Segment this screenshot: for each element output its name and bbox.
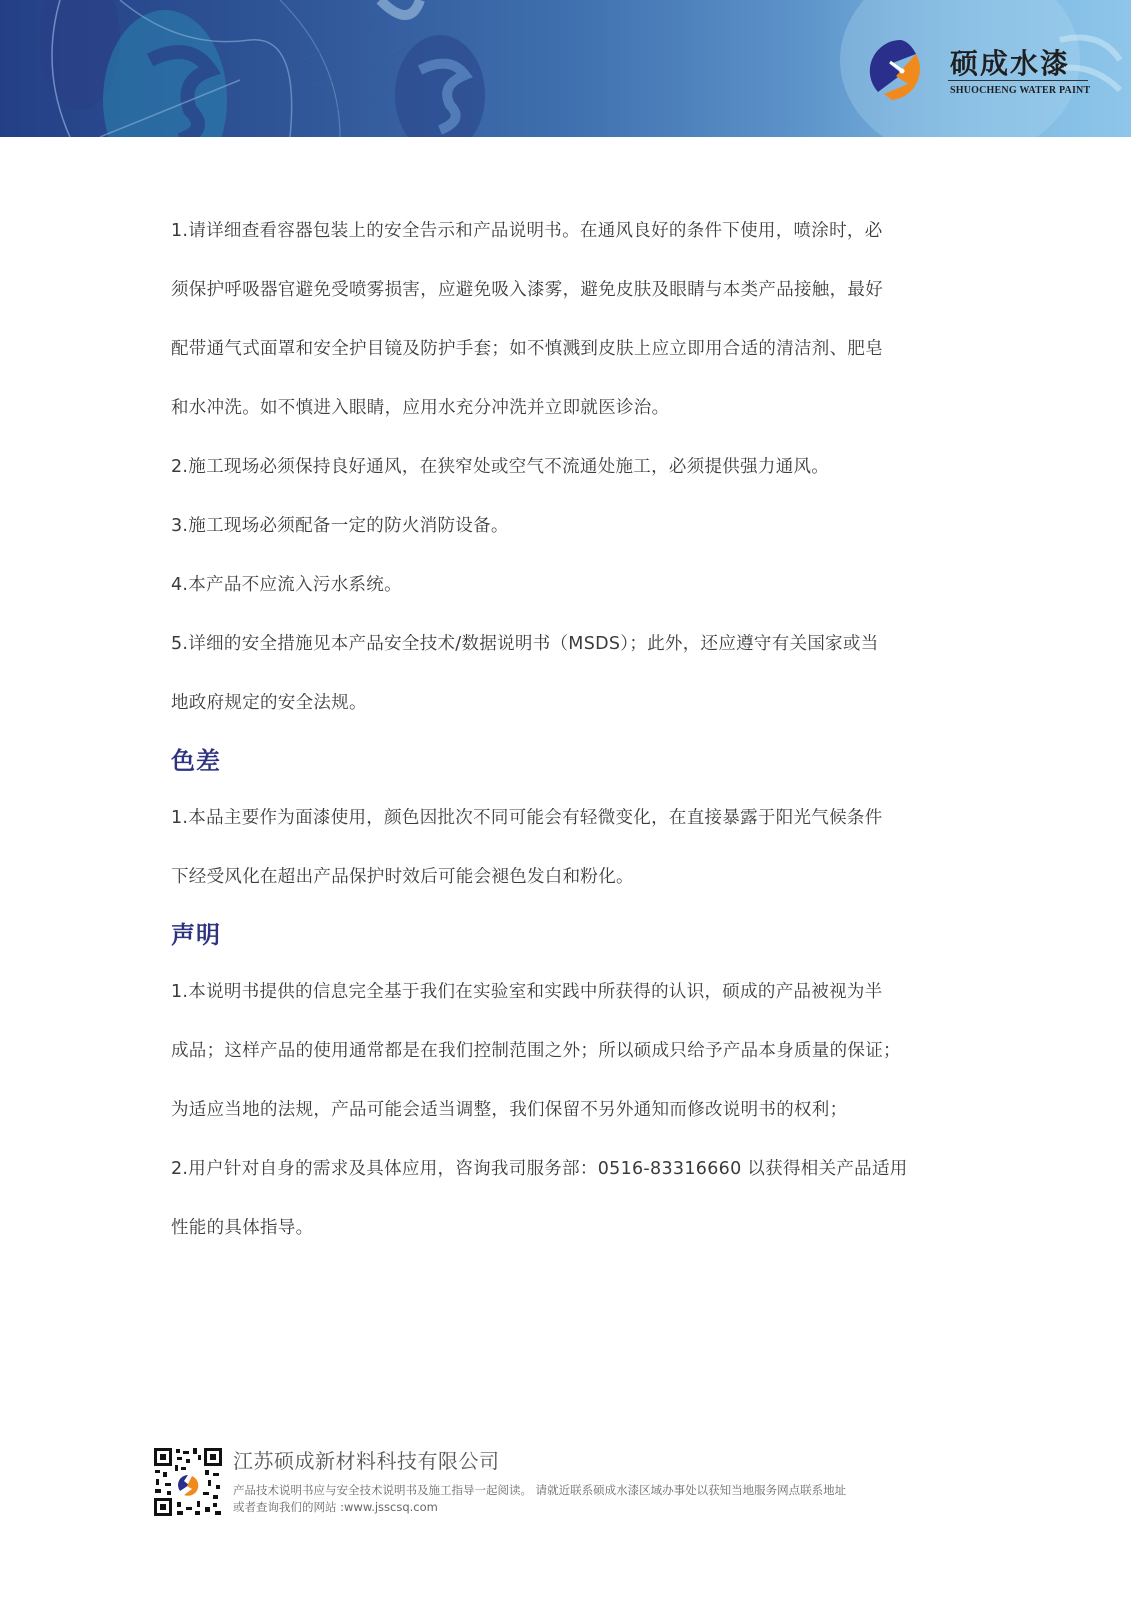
statement-line: 2.用户针对自身的需求及具体应用，咨询我司服务部：0516-83316660 以… bbox=[171, 1140, 961, 1199]
brand-name-cn: 硕成水漆 bbox=[950, 42, 1070, 82]
safety-line: 和水冲洗。如不慎进入眼睛，应用水充分冲洗并立即就医诊治。 bbox=[171, 379, 961, 438]
qr-code-icon bbox=[153, 1447, 223, 1517]
statement-line: 性能的具体指导。 bbox=[171, 1199, 961, 1258]
statement-section: 声明 1.本说明书提供的信息完全基于我们在实验室和实践中所获得的认识，硕成的产品… bbox=[171, 907, 961, 1258]
safety-line: 3.施工现场必须配备一定的防火消防设备。 bbox=[171, 497, 961, 556]
safety-line: 2.施工现场必须保持良好通风，在狭窄处或空气不流通处施工，必须提供强力通风。 bbox=[171, 438, 961, 497]
footer: 江苏硕成新材料科技有限公司 产品技术说明书应与安全技术说明书及施工指导一起阅读。… bbox=[153, 1445, 953, 1525]
safety-line: 须保护呼吸器官避免受喷雾损害，应避免吸入漆雾，避免皮肤及眼睛与本类产品接触，最好 bbox=[171, 261, 961, 320]
safety-line: 4.本产品不应流入污水系统。 bbox=[171, 556, 961, 615]
company-name: 江苏硕成新材料科技有限公司 bbox=[233, 1445, 500, 1474]
header-banner: 硕成水漆 SHUOCHENG WATER PAINT bbox=[0, 0, 1131, 137]
safety-section: 1.请详细查看容器包装上的安全告示和产品说明书。在通风良好的条件下使用，喷涂时，… bbox=[171, 202, 961, 733]
safety-line: 地政府规定的安全法规。 bbox=[171, 674, 961, 733]
footer-note-line1: 产品技术说明书应与安全技术说明书及施工指导一起阅读。 请就近联系硕成水漆区域办事… bbox=[233, 1482, 846, 1498]
color-difference-line: 1.本品主要作为面漆使用，颜色因批次不同可能会有轻微变化，在直接暴露于阳光气候条… bbox=[171, 789, 961, 848]
safety-line: 配带通气式面罩和安全护目镜及防护手套；如不慎溅到皮肤上应立即用合适的清洁剂、肥皂 bbox=[171, 320, 961, 379]
footer-note-website: 或者查询我们的网站 :www.jsscsq.com bbox=[233, 1499, 438, 1515]
color-difference-section: 色差 1.本品主要作为面漆使用，颜色因批次不同可能会有轻微变化，在直接暴露于阳光… bbox=[171, 733, 961, 907]
brand-divider bbox=[948, 80, 1088, 81]
section-title-color-difference: 色差 bbox=[171, 733, 961, 789]
document-body: 1.请详细查看容器包装上的安全告示和产品说明书。在通风良好的条件下使用，喷涂时，… bbox=[171, 202, 961, 1258]
statement-line: 成品；这样产品的使用通常都是在我们控制范围之外；所以硕成只给予产品本身质量的保证… bbox=[171, 1022, 961, 1081]
statement-line: 为适应当地的法规，产品可能会适当调整，我们保留不另外通知而修改说明书的权利； bbox=[171, 1081, 961, 1140]
statement-line: 1.本说明书提供的信息完全基于我们在实验室和实践中所获得的认识，硕成的产品被视为… bbox=[171, 963, 961, 1022]
safety-line: 1.请详细查看容器包装上的安全告示和产品说明书。在通风良好的条件下使用，喷涂时，… bbox=[171, 202, 961, 261]
brand-name-en: SHUOCHENG WATER PAINT bbox=[950, 85, 1090, 96]
shuocheng-s-logo-icon bbox=[868, 38, 934, 104]
brand-logo: 硕成水漆 SHUOCHENG WATER PAINT bbox=[868, 38, 1088, 108]
section-title-statement: 声明 bbox=[171, 907, 961, 963]
color-difference-line: 下经受风化在超出产品保护时效后可能会褪色发白和粉化。 bbox=[171, 848, 961, 907]
safety-line: 5.详细的安全措施见本产品安全技术/数据说明书（MSDS）；此外，还应遵守有关国… bbox=[171, 615, 961, 674]
